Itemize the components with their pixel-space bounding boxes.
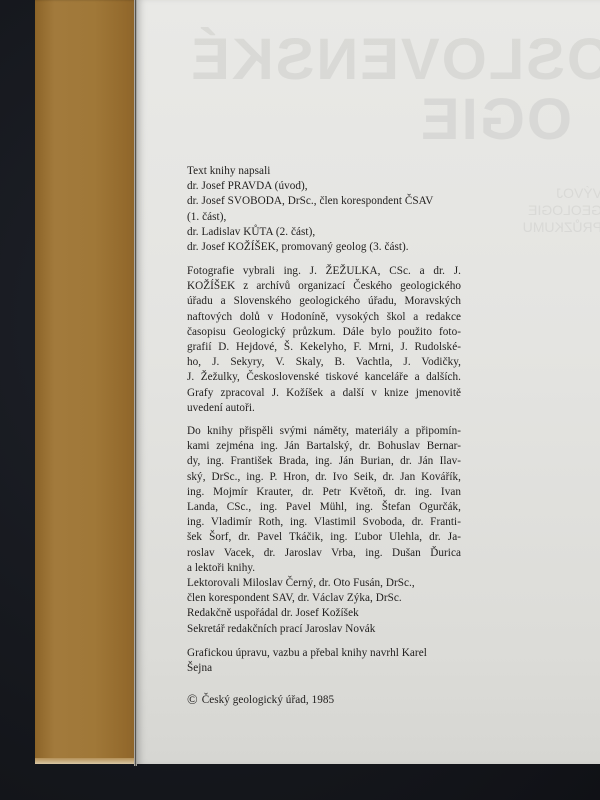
book-cover-board: [35, 0, 143, 764]
paragraph-line: ing. Mojmír Krauter, dr. Petr Květoň, dr…: [187, 485, 461, 500]
copyright-icon: ©: [187, 693, 198, 708]
paragraph-line: naftových dolů v Hodoníně, vysokých škol…: [187, 310, 461, 325]
design-line: Grafickou úpravu, vazbu a přebal knihy n…: [187, 646, 461, 661]
authors-section: Text knihy napsali dr. Josef PRAVDA (úvo…: [187, 164, 461, 255]
author-line: dr. Ladislav KŮTA (2. část),: [187, 225, 461, 240]
paragraph-line: roslav Vacek, dr. Jaroslav Vrba, ing. Du…: [187, 546, 461, 561]
paragraph-line: ing. Vladimír Roth, ing. Vlastimil Svobo…: [187, 515, 461, 530]
copyright-notice: ©Český geologický úřad, 1985: [187, 693, 461, 708]
author-line: (1. část),: [187, 210, 461, 225]
paragraph-line: Do knihy přispěli svými náměty, materiál…: [187, 424, 461, 439]
book-page: OSLOVENSKÉ OGIE VÝVOJ GEOLOGIE PRŮZKUMU …: [137, 0, 600, 764]
reviewer-line: Lektorovali Miloslav Černý, dr. Oto Fusá…: [187, 576, 461, 591]
copyright-line: ©Český geologický úřad, 1985: [187, 693, 461, 708]
paragraph-line: ho, J. Sekyry, V. Skaly, B. Vachtla, J. …: [187, 355, 461, 370]
show-through-line: OSLOVENSKÉ: [312, 30, 600, 90]
reviewers-section: Lektorovali Miloslav Černý, dr. Oto Fusá…: [187, 576, 461, 637]
paragraph-line: ský, DrSc., ing. P. Hron, dr. Ivo Seik, …: [187, 470, 461, 485]
author-line: dr. Josef PRAVDA (úvod),: [187, 179, 461, 194]
author-line: dr. Josef SVOBODA, DrSc., člen korespond…: [187, 194, 461, 209]
paragraph-line: šek Šorf, dr. Pavel Tkáčik, ing. Ľubor U…: [187, 530, 461, 545]
photo-credits-paragraph: Fotografie vybrali ing. J. ŽEŽULKA, CSc.…: [187, 264, 461, 416]
paragraph-line: Fotografie vybrali ing. J. ŽEŽULKA, CSc.…: [187, 264, 461, 279]
paragraph-line: kami zejména ing. Ján Bartalský, dr. Boh…: [187, 439, 461, 454]
paragraph-line: časopisu Geologický průzkum. Dále bylo p…: [187, 325, 461, 340]
show-through-title: OSLOVENSKÉ OGIE: [312, 30, 600, 150]
reviewer-line: člen korespondent SAV, dr. Václav Zýka, …: [187, 591, 461, 606]
contributors-paragraph: Do knihy přispěli svými náměty, materiál…: [187, 424, 461, 576]
design-credits-section: Grafickou úpravu, vazbu a přebal knihy n…: [187, 646, 461, 676]
paragraph-line: grafií D. Hejdové, Š. Kekelyho, F. Mrni,…: [187, 340, 461, 355]
paragraph-line: Grafy zpracoval J. Kožíšek a další v kni…: [187, 386, 461, 401]
paragraph-line: Landa, CSc., ing. Pavel Mühl, ing. Štefa…: [187, 500, 461, 515]
copyright-text: Český geologický úřad, 1985: [202, 694, 334, 706]
show-through-line: GEOLOGIE: [502, 202, 600, 219]
paragraph-line: J. Žežulky, Československé tiskové kance…: [187, 370, 461, 385]
show-through-line: OGIE: [312, 90, 600, 150]
paragraph-line: KOŽÍŠEK z archívů organizací Českého geo…: [187, 279, 461, 294]
paragraph-line: úřadu a Slovenského geologického úřadu, …: [187, 294, 461, 309]
design-line: Šejna: [187, 661, 461, 676]
show-through-line: PRŮZKUMU: [502, 219, 600, 236]
author-line: dr. Josef KOŽÍŠEK, promovaný geolog (3. …: [187, 240, 461, 255]
authors-heading: Text knihy napsali: [187, 164, 461, 179]
secretary-line: Sekretář redakčních prací Jaroslav Novák: [187, 622, 461, 637]
page-gutter-edge: [134, 0, 137, 766]
show-through-subtitle: VÝVOJ GEOLOGIE PRŮZKUMU: [502, 185, 600, 236]
editor-line: Redakčně uspořádal dr. Josef Kožíšek: [187, 606, 461, 621]
show-through-line: VÝVOJ: [502, 185, 600, 202]
paragraph-line: dy, ing. František Brada, ing. Ján Buria…: [187, 454, 461, 469]
paragraph-line: uvedení autoři.: [187, 401, 461, 416]
paragraph-line: a lektoři knihy.: [187, 561, 461, 576]
